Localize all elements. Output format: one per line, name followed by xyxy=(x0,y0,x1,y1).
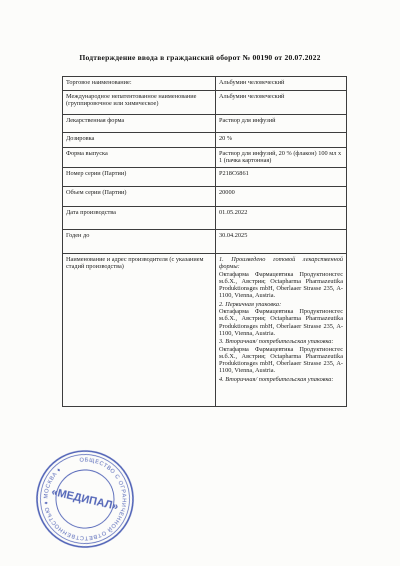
manufacturer-stage-heading: 4. Вторичная/ потребительская упаковка: xyxy=(219,376,343,383)
manufacturer-address: Октафарма Фармацевтика Продуктионсгес м.… xyxy=(219,346,343,375)
field-label: Дата производства xyxy=(63,207,216,230)
manufacturer-stage-heading: 3. Вторичная/ потребительская упаковка: xyxy=(219,338,343,345)
stamp-center-text: «МЕДИПАЛ» xyxy=(50,486,119,513)
table-row-manufacturer: Наименование и адрес производителя (с ук… xyxy=(63,254,347,407)
field-value: 30.04.2025 xyxy=(216,230,347,254)
field-label: Наименование и адрес производителя (с ук… xyxy=(63,254,216,407)
document-title: Подтверждение ввода в гражданский оборот… xyxy=(30,53,370,62)
field-value: 01.05.2022 xyxy=(216,207,347,230)
table-row: Дозировка 20 % xyxy=(63,133,347,148)
table-row: Лекарственная форма Раствор для инфузий xyxy=(63,115,347,133)
company-round-stamp-icon: ОБЩЕСТВО С ОГРАНИЧЕННОЙ ОТВЕТСТВЕННОСТЬЮ… xyxy=(23,437,147,561)
manufacturer-address: Октафарма Фармацевтика Продуктионсгес м.… xyxy=(219,271,343,300)
manufacturer-address: Октафарма Фармацевтика Продуктионсгес м.… xyxy=(219,308,343,337)
table-row: Дата производства 01.05.2022 xyxy=(63,207,347,230)
manufacturer-section: 4. Вторичная/ потребительская упаковка: xyxy=(219,376,343,383)
scanned-document-page: Подтверждение ввода в гражданский оборот… xyxy=(0,0,400,566)
table-row: Международное непатентованное наименован… xyxy=(63,91,347,115)
table-row: Форма выпуска Раствор для инфузий, 20 % … xyxy=(63,148,347,168)
field-value: Раствор для инфузий xyxy=(216,115,347,133)
field-label: Дозировка xyxy=(63,133,216,148)
manufacturer-stage-heading: 2. Первичная упаковка: xyxy=(219,301,343,308)
product-info-table: Торговое наименование: Альбумин человече… xyxy=(62,76,347,407)
manufacturer-stage-heading: 1. Произведено готовой лекарственной фор… xyxy=(219,256,343,271)
table-row: Годен до 30.04.2025 xyxy=(63,230,347,254)
field-value: P218C6861 xyxy=(216,168,347,187)
field-value: Альбумин человеческий xyxy=(216,77,347,91)
manufacturer-section: 1. Произведено готовой лекарственной фор… xyxy=(219,256,343,300)
field-label: Годен до xyxy=(63,230,216,254)
field-value: 20000 xyxy=(216,187,347,207)
manufacturer-cell: 1. Произведено готовой лекарственной фор… xyxy=(216,254,347,407)
field-label: Торговое наименование: xyxy=(63,77,216,91)
manufacturer-section: 2. Первичная упаковка: Октафарма Фармаце… xyxy=(219,301,343,337)
table-row: Торговое наименование: Альбумин человече… xyxy=(63,77,347,91)
manufacturer-section: 3. Вторичная/ потребительская упаковка: … xyxy=(219,338,343,374)
field-label: Лекарственная форма xyxy=(63,115,216,133)
field-value: Раствор для инфузий, 20 % (флакон) 100 м… xyxy=(216,148,347,168)
field-label: Объем серии (Партии) xyxy=(63,187,216,207)
field-label: Форма выпуска xyxy=(63,148,216,168)
field-value: Альбумин человеческий xyxy=(216,91,347,115)
field-label: Номер серии (Партии) xyxy=(63,168,216,187)
field-value: 20 % xyxy=(216,133,347,148)
table-row: Объем серии (Партии) 20000 xyxy=(63,187,347,207)
table-row: Номер серии (Партии) P218C6861 xyxy=(63,168,347,187)
field-label: Международное непатентованное наименован… xyxy=(63,91,216,115)
